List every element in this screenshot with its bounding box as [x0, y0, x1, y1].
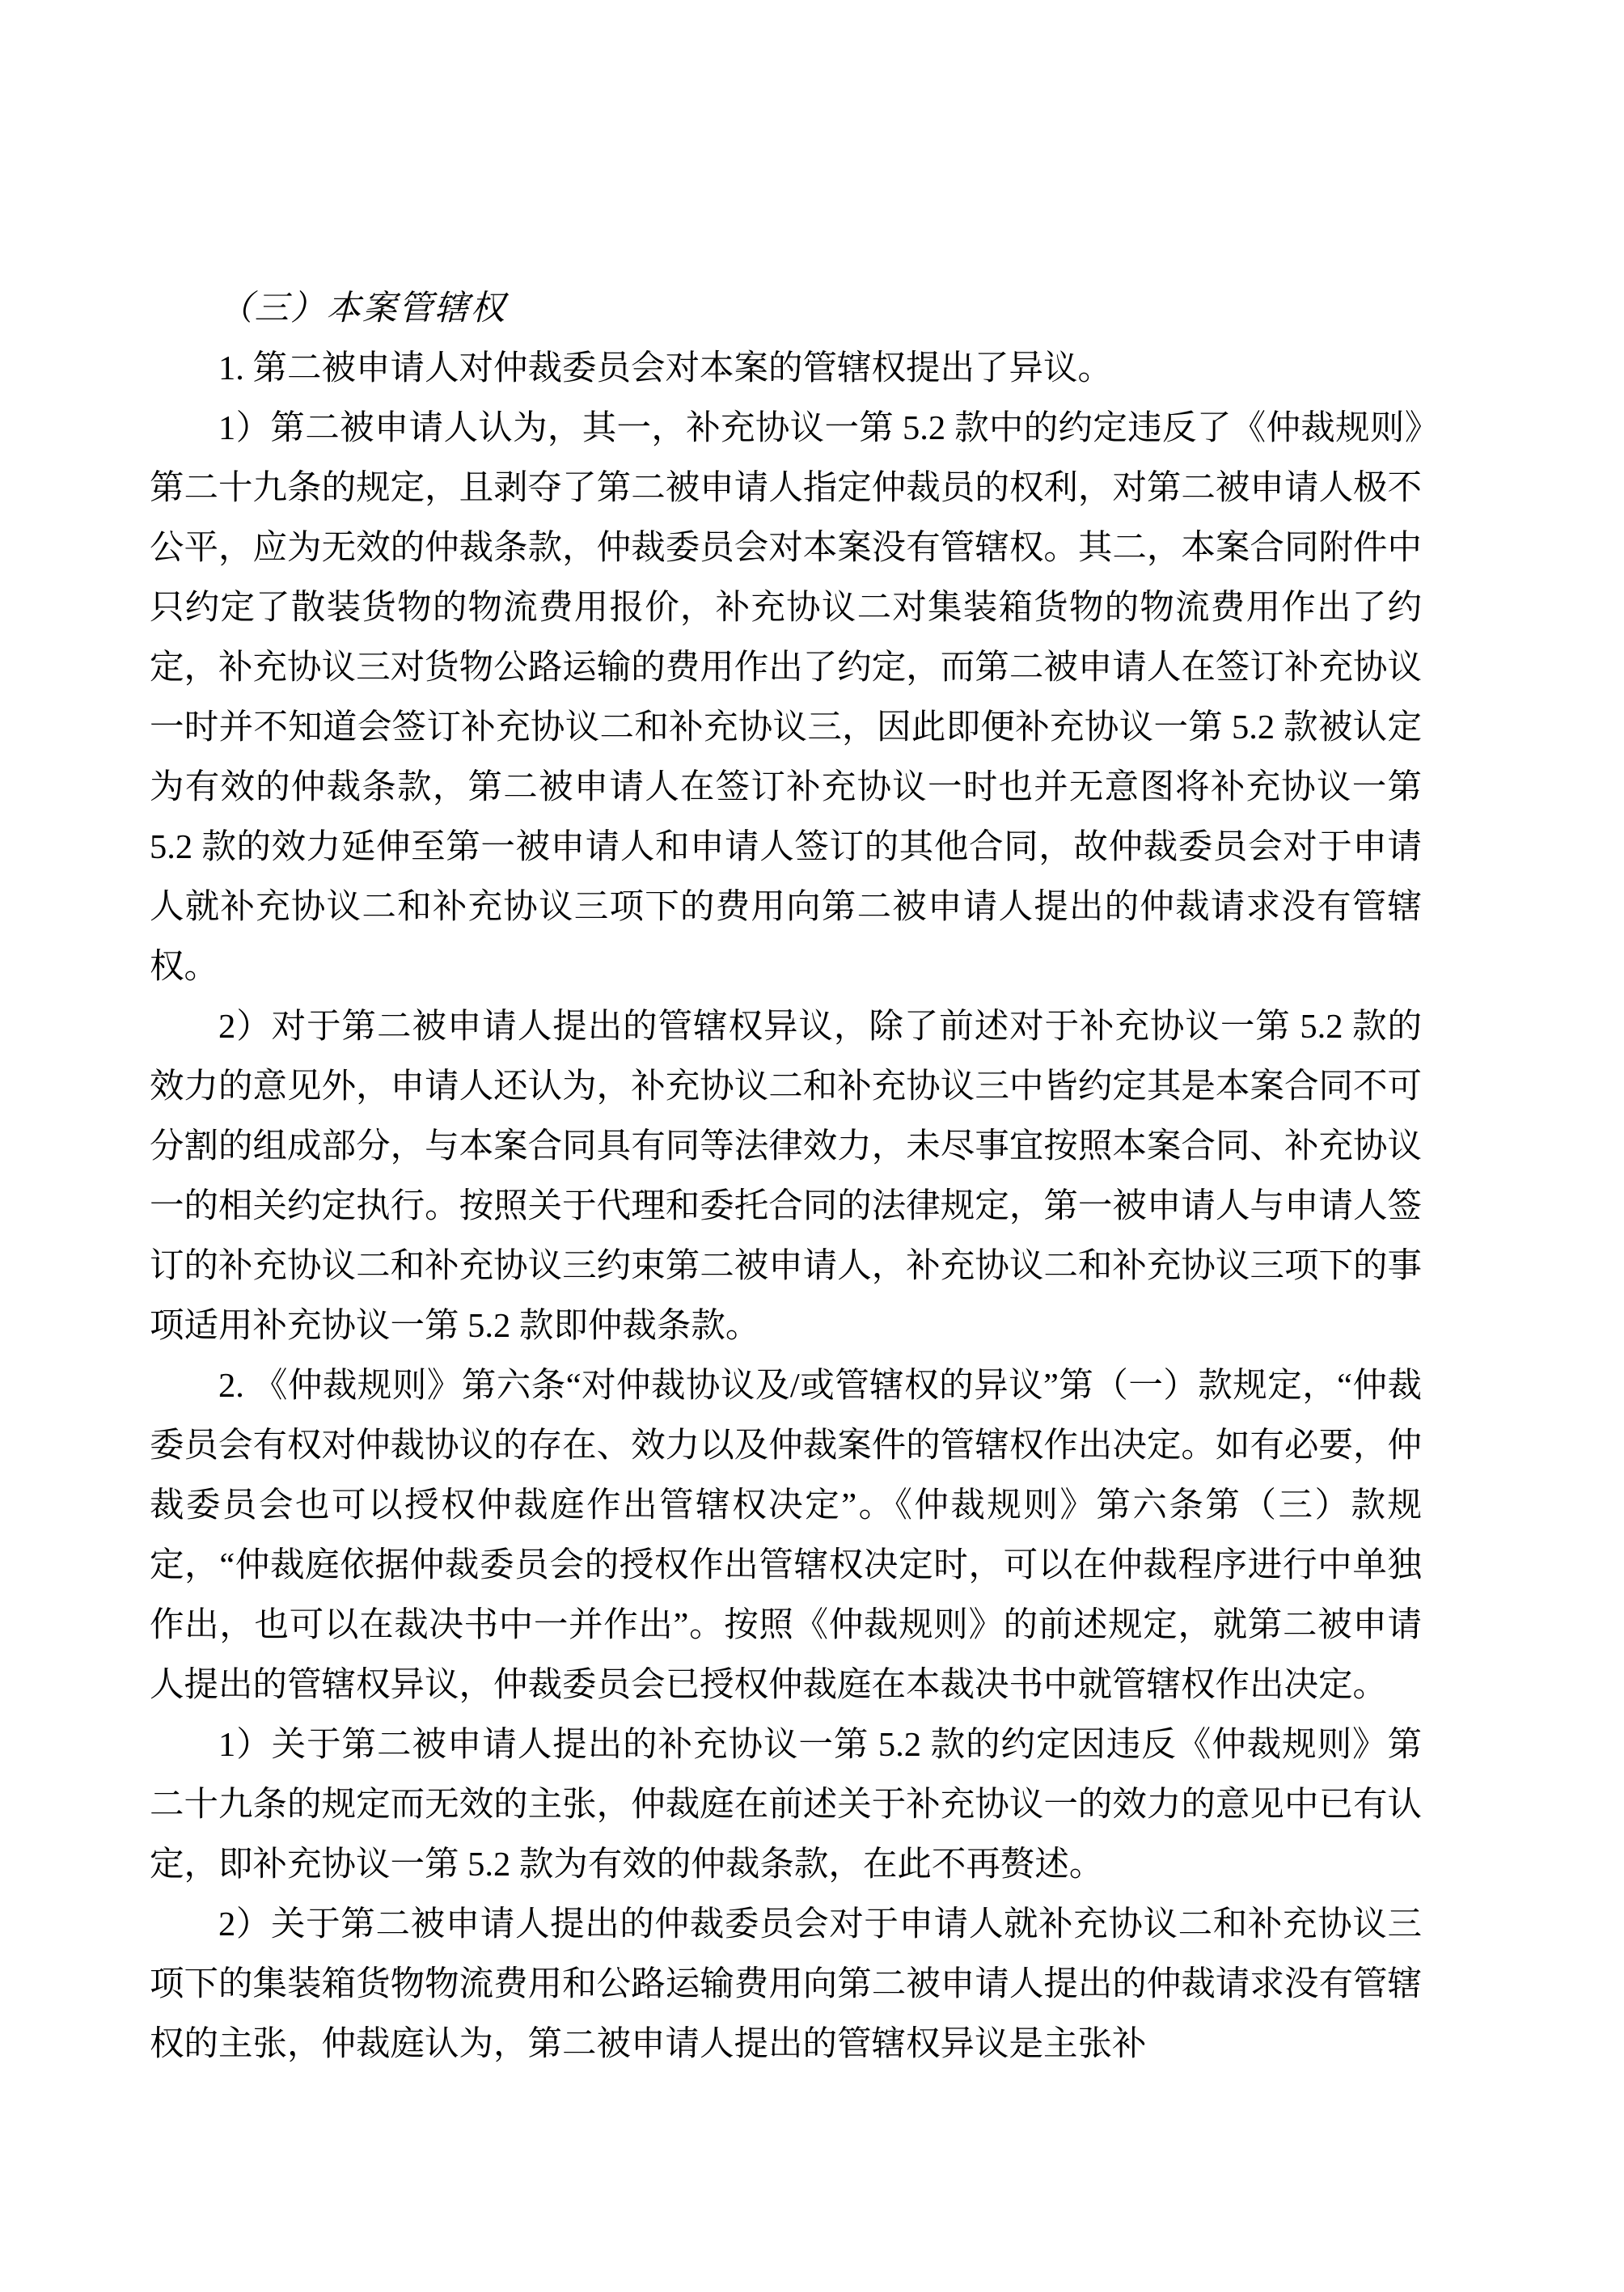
- paragraph-jurisdiction-objection-intro: 1. 第二被申请人对仲裁委员会对本案的管辖权提出了异议。: [150, 339, 1422, 399]
- document-page: （三）本案管辖权 1. 第二被申请人对仲裁委员会对本案的管辖权提出了异议。 1）…: [0, 0, 1624, 2292]
- paragraph-respondent2-arguments: 1）第二被申请人认为，其一，补充协议一第 5.2 款中的约定违反了《仲裁规则》第…: [150, 399, 1422, 997]
- paragraph-arbitration-rules-article6: 2. 《仲裁规则》第六条“对仲裁协议及/或管辖权的异议”第（一）款规定，“仲裁委…: [150, 1356, 1422, 1715]
- paragraph-tribunal-finding-clause52: 1）关于第二被申请人提出的补充协议一第 5.2 款的约定因违反《仲裁规则》第二十…: [150, 1715, 1422, 1895]
- section-heading: （三）本案管辖权: [150, 279, 1422, 339]
- document-body: （三）本案管辖权 1. 第二被申请人对仲裁委员会对本案的管辖权提出了异议。 1）…: [150, 279, 1422, 2074]
- paragraph-claimant-response: 2）对于第二被申请人提出的管辖权异议，除了前述对于补充协议一第 5.2 款的效力…: [150, 997, 1422, 1356]
- paragraph-tribunal-finding-fees: 2）关于第二被申请人提出的仲裁委员会对于申请人就补充协议二和补充协议三项下的集装…: [150, 1895, 1422, 2074]
